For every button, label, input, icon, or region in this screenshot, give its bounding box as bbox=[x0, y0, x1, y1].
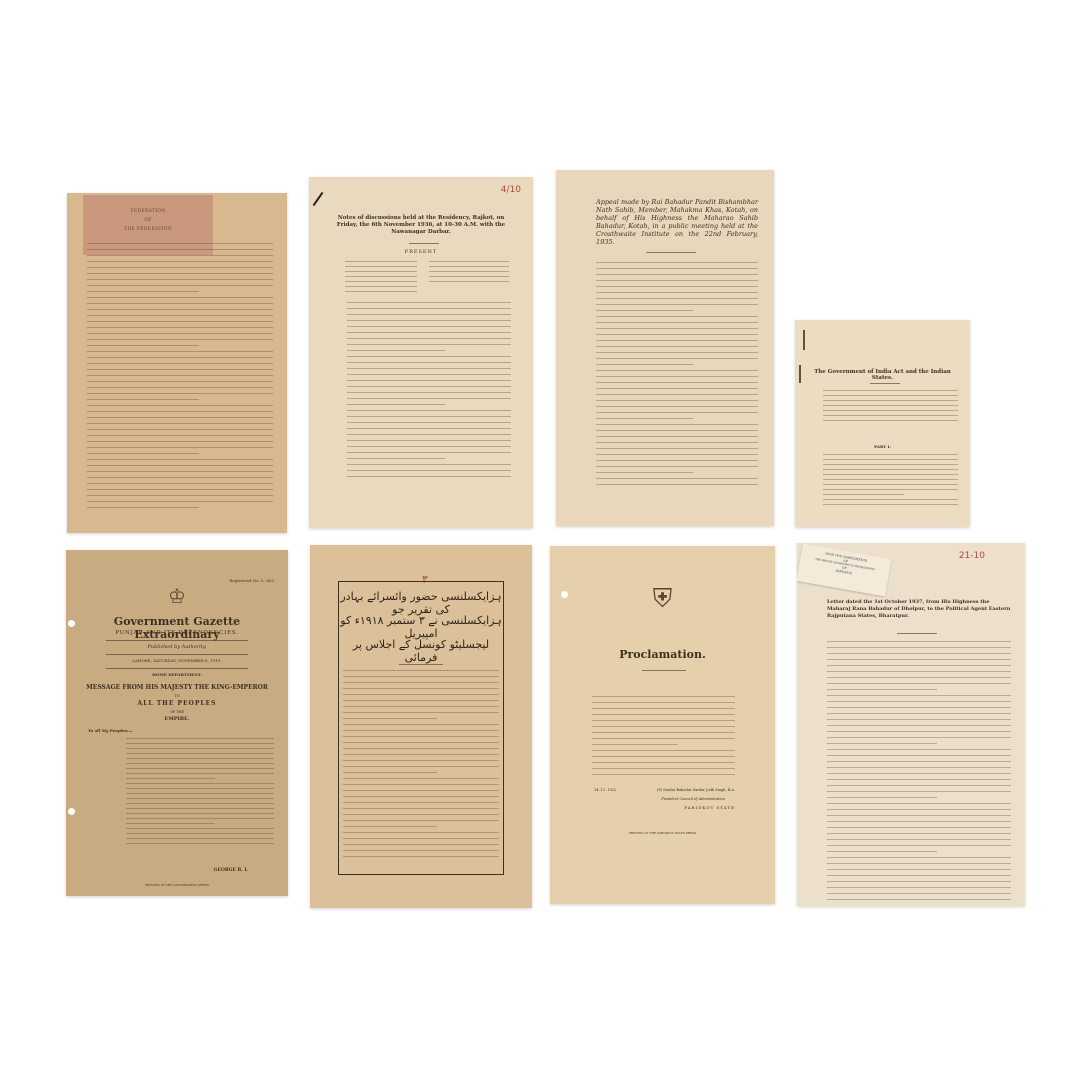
text-line bbox=[87, 345, 199, 346]
text-line bbox=[823, 474, 958, 475]
text-line bbox=[87, 285, 273, 286]
text-line bbox=[827, 773, 1011, 774]
text-line bbox=[347, 446, 511, 447]
text-line bbox=[827, 725, 1011, 726]
text-line bbox=[87, 405, 273, 406]
text-line bbox=[347, 356, 511, 357]
text-line bbox=[343, 748, 499, 749]
text-line bbox=[345, 261, 417, 262]
text-line bbox=[596, 448, 758, 449]
text-line bbox=[429, 261, 509, 262]
text-line bbox=[343, 760, 499, 761]
text-line bbox=[126, 818, 274, 819]
signatory-title: President Council of Administration bbox=[661, 797, 725, 801]
text-line bbox=[592, 756, 735, 757]
text-line bbox=[126, 833, 274, 834]
text-line bbox=[343, 856, 499, 857]
text-line bbox=[596, 286, 758, 287]
text-line bbox=[596, 280, 758, 281]
text-line bbox=[343, 754, 499, 755]
text-line bbox=[429, 271, 509, 272]
document-urdu-speech: ٣ ہزایکسلنسی حضور وائسرائے بہادر کی تقری… bbox=[310, 545, 532, 908]
text-line bbox=[827, 653, 1011, 654]
text-line bbox=[592, 714, 735, 715]
text-line bbox=[87, 483, 273, 484]
department: HOME DEPARTMENT. bbox=[66, 672, 288, 677]
text-line bbox=[827, 869, 1011, 870]
text-line bbox=[347, 332, 511, 333]
text-line bbox=[827, 677, 1011, 678]
text-line bbox=[87, 273, 273, 274]
text-line bbox=[87, 489, 273, 490]
text-line bbox=[596, 406, 758, 407]
text-line bbox=[596, 262, 758, 263]
text-line bbox=[87, 339, 273, 340]
document-punjab-gazette: Registered No. L. 853 ♔ Government Gazet… bbox=[66, 550, 288, 896]
text-line bbox=[596, 460, 758, 461]
flap-line: OF bbox=[83, 218, 213, 223]
text-line bbox=[596, 394, 758, 395]
body-text-lines bbox=[823, 390, 958, 425]
text-line bbox=[429, 266, 509, 267]
text-line bbox=[87, 441, 273, 442]
text-line bbox=[827, 887, 1011, 888]
text-line bbox=[592, 750, 735, 751]
text-line bbox=[347, 422, 511, 423]
text-line bbox=[347, 362, 511, 363]
text-line bbox=[429, 281, 509, 282]
text-line bbox=[87, 375, 273, 376]
document-federation-pamphlet: FEDERATION OF THE FEDERATION bbox=[67, 193, 287, 533]
royal-coat-of-arms-icon: ♔ bbox=[66, 584, 288, 608]
body-text-lines bbox=[596, 262, 758, 490]
text-line bbox=[596, 304, 758, 305]
text-line bbox=[126, 783, 274, 784]
text-line bbox=[126, 743, 274, 744]
text-line bbox=[87, 381, 273, 382]
text-line bbox=[87, 495, 273, 496]
flap-line: THE FEDERATION bbox=[83, 227, 213, 232]
text-line bbox=[87, 423, 273, 424]
text-line bbox=[126, 788, 274, 789]
text-line bbox=[343, 718, 437, 719]
present-heading: PRESENT bbox=[309, 249, 533, 255]
text-line bbox=[592, 732, 735, 733]
text-line bbox=[827, 737, 1011, 738]
text-line bbox=[596, 478, 758, 479]
text-line bbox=[126, 793, 274, 794]
text-line bbox=[343, 736, 499, 737]
text-line bbox=[87, 417, 273, 418]
text-line bbox=[823, 405, 958, 406]
headline-to: TO bbox=[66, 694, 288, 698]
text-line bbox=[343, 700, 499, 701]
pencil-mark: 21-10 bbox=[959, 551, 985, 561]
text-line bbox=[343, 676, 499, 677]
text-line bbox=[827, 893, 1011, 894]
text-line bbox=[126, 808, 274, 809]
text-line bbox=[592, 696, 735, 697]
text-line bbox=[823, 494, 904, 495]
text-line bbox=[827, 713, 1011, 714]
text-line bbox=[343, 682, 499, 683]
text-line bbox=[596, 442, 758, 443]
salutation: To all My Peoples:— bbox=[88, 728, 132, 733]
text-line bbox=[87, 411, 273, 412]
text-line bbox=[126, 803, 274, 804]
text-line bbox=[823, 504, 958, 505]
text-line bbox=[347, 320, 511, 321]
body-text-lines bbox=[87, 243, 273, 513]
staple-mark bbox=[803, 330, 805, 350]
published-by-authority: Published by Authority. bbox=[66, 644, 288, 650]
text-line bbox=[345, 276, 417, 277]
text-line bbox=[87, 507, 199, 508]
text-line bbox=[827, 761, 1011, 762]
text-line bbox=[823, 395, 958, 396]
text-line bbox=[345, 281, 417, 282]
text-line bbox=[827, 665, 1011, 666]
urdu-title-line: لیجسلیٹو کونسل کے اجلاس پر فرمائی bbox=[339, 638, 503, 664]
printer-imprint: PRINTED AT THE FARIDKOT STATE PRESS bbox=[550, 831, 775, 835]
text-line bbox=[87, 453, 199, 454]
divider bbox=[642, 670, 686, 671]
signature: GEORGE R. I. bbox=[214, 868, 248, 873]
document-faridkot-proclamation: ⛨ Proclamation. 14. 12. 1922. (S) Sardar… bbox=[550, 546, 775, 904]
text-line bbox=[343, 820, 499, 821]
text-line bbox=[347, 392, 511, 393]
body-text-lines bbox=[827, 641, 1011, 905]
text-line bbox=[823, 459, 958, 460]
text-line bbox=[126, 843, 274, 844]
text-line bbox=[347, 302, 511, 303]
document-title: Appeal made by Rai Bahadur Pandit Bisham… bbox=[596, 198, 758, 246]
punch-hole bbox=[68, 620, 75, 627]
text-line bbox=[596, 472, 693, 473]
text-line bbox=[87, 327, 273, 328]
text-line bbox=[343, 742, 499, 743]
text-line bbox=[823, 390, 958, 391]
headline-of-the: OF THE bbox=[66, 710, 288, 714]
text-line bbox=[87, 267, 273, 268]
text-line bbox=[596, 340, 758, 341]
text-line bbox=[596, 298, 758, 299]
text-line bbox=[126, 798, 274, 799]
text-line bbox=[823, 469, 958, 470]
text-line bbox=[343, 784, 499, 785]
document-title: Proclamation. bbox=[550, 648, 775, 661]
text-line bbox=[596, 436, 758, 437]
punch-hole bbox=[68, 808, 75, 815]
text-line bbox=[827, 641, 1011, 642]
text-line bbox=[827, 719, 1011, 720]
text-line bbox=[347, 368, 511, 369]
text-line bbox=[347, 434, 511, 435]
divider bbox=[106, 668, 248, 669]
document-title: The Government of India Act and the Indi… bbox=[805, 369, 960, 381]
document-nawanagar-notes: 4/10 Notes of discussions held at the Re… bbox=[309, 177, 533, 528]
headline-peoples: ALL THE PEOPLES bbox=[66, 700, 288, 707]
text-line bbox=[343, 796, 499, 797]
text-line bbox=[343, 814, 499, 815]
text-line bbox=[87, 255, 273, 256]
text-line bbox=[87, 357, 273, 358]
text-line bbox=[87, 297, 273, 298]
divider bbox=[106, 654, 248, 655]
dateline: LAHORE, SATURDAY, NOVEMBER 8, 1919. bbox=[66, 658, 288, 663]
text-line bbox=[827, 845, 1011, 846]
divider bbox=[897, 633, 937, 634]
divider bbox=[106, 640, 248, 641]
text-line bbox=[126, 753, 274, 754]
state-name: FARIDKOT STATE bbox=[684, 805, 735, 810]
headline: MESSAGE FROM HIS MAJESTY THE KING-EMPERO… bbox=[66, 684, 288, 691]
text-line bbox=[87, 261, 273, 262]
text-line bbox=[596, 418, 693, 419]
text-line bbox=[823, 420, 958, 421]
text-line bbox=[827, 689, 937, 690]
text-line bbox=[596, 466, 758, 467]
text-line bbox=[87, 303, 273, 304]
text-line bbox=[596, 484, 758, 485]
text-line bbox=[343, 712, 499, 713]
text-line bbox=[827, 803, 1011, 804]
text-line bbox=[347, 338, 511, 339]
text-line bbox=[592, 738, 735, 739]
body-text-lines bbox=[592, 696, 735, 780]
text-line bbox=[343, 850, 499, 851]
text-line bbox=[343, 694, 499, 695]
text-line bbox=[827, 833, 1011, 834]
punch-hole bbox=[561, 591, 568, 598]
text-line bbox=[596, 328, 758, 329]
text-line bbox=[827, 881, 1011, 882]
divider bbox=[399, 664, 443, 665]
text-line bbox=[347, 458, 445, 459]
text-line bbox=[343, 844, 499, 845]
body-text-lines bbox=[126, 738, 274, 848]
text-line bbox=[827, 863, 1011, 864]
text-line bbox=[87, 321, 273, 322]
text-line bbox=[827, 647, 1011, 648]
document-title: Notes of discussions held at the Residen… bbox=[331, 215, 511, 236]
text-line bbox=[823, 454, 958, 455]
text-line bbox=[343, 826, 437, 827]
text-line bbox=[596, 346, 758, 347]
text-line bbox=[87, 351, 273, 352]
text-line bbox=[87, 291, 199, 292]
text-line bbox=[592, 708, 735, 709]
text-line bbox=[592, 726, 735, 727]
text-line bbox=[827, 821, 1011, 822]
text-line bbox=[596, 274, 758, 275]
text-line bbox=[592, 744, 678, 745]
text-line bbox=[126, 748, 274, 749]
text-line bbox=[827, 791, 1011, 792]
text-line bbox=[596, 322, 758, 323]
divider bbox=[646, 252, 696, 253]
flap-line: FEDERATION bbox=[83, 209, 213, 214]
gazette-masthead: Government Gazette Extraordinary bbox=[72, 615, 282, 641]
text-line bbox=[596, 454, 758, 455]
gazette-subtitle: PUNJAB AND ITS DEPENDENCIES. bbox=[66, 630, 288, 636]
text-line bbox=[827, 857, 1011, 858]
text-line bbox=[596, 358, 758, 359]
text-line bbox=[596, 412, 758, 413]
text-line bbox=[347, 452, 511, 453]
text-line bbox=[347, 404, 445, 405]
text-line bbox=[126, 838, 274, 839]
text-line bbox=[827, 827, 1011, 828]
present-left-lines bbox=[345, 261, 417, 296]
text-line bbox=[596, 430, 758, 431]
text-line bbox=[827, 785, 1011, 786]
text-line bbox=[87, 315, 273, 316]
border-frame: ہزایکسلنسی حضور وائسرائے بہادر کی تقریر … bbox=[338, 581, 504, 875]
text-line bbox=[596, 268, 758, 269]
text-line bbox=[827, 683, 1011, 684]
text-line bbox=[343, 670, 499, 671]
text-line bbox=[592, 774, 735, 775]
text-line bbox=[823, 400, 958, 401]
divider bbox=[870, 383, 900, 384]
text-line bbox=[87, 399, 199, 400]
body-text-lines bbox=[347, 302, 511, 482]
text-line bbox=[823, 484, 958, 485]
text-line bbox=[347, 428, 511, 429]
text-line bbox=[87, 465, 273, 466]
body-text-lines bbox=[343, 670, 499, 862]
text-line bbox=[347, 344, 511, 345]
text-line bbox=[823, 410, 958, 411]
text-line bbox=[592, 720, 735, 721]
text-line bbox=[827, 671, 1011, 672]
text-line bbox=[343, 838, 499, 839]
text-line bbox=[596, 334, 758, 335]
text-line bbox=[823, 464, 958, 465]
text-line bbox=[827, 851, 937, 852]
text-line bbox=[592, 702, 735, 703]
text-line bbox=[343, 724, 499, 725]
text-line bbox=[343, 688, 499, 689]
text-line bbox=[596, 352, 758, 353]
text-line bbox=[827, 815, 1011, 816]
text-line bbox=[347, 350, 445, 351]
text-line bbox=[126, 738, 274, 739]
text-line bbox=[596, 292, 758, 293]
urdu-title-line: ہزایکسلنسی نے ۳ ستمبر ۱۹۱۸ء کو امپیریل bbox=[339, 614, 503, 640]
present-right-lines bbox=[429, 261, 509, 286]
text-line bbox=[827, 809, 1011, 810]
text-line bbox=[343, 706, 499, 707]
text-line bbox=[87, 501, 273, 502]
body-text-lines bbox=[823, 454, 958, 509]
text-line bbox=[827, 767, 1011, 768]
text-line bbox=[343, 802, 499, 803]
text-line bbox=[823, 415, 958, 416]
text-line bbox=[345, 271, 417, 272]
document-dholpur-letter: WITH THE COMPLIMENTS OF THE PRIVATE SECR… bbox=[797, 543, 1025, 906]
text-line bbox=[827, 749, 1011, 750]
text-line bbox=[87, 363, 273, 364]
text-line bbox=[87, 249, 273, 250]
text-line bbox=[343, 730, 499, 731]
text-line bbox=[345, 291, 417, 292]
text-line bbox=[347, 314, 511, 315]
text-line bbox=[347, 308, 511, 309]
text-line bbox=[87, 459, 273, 460]
divider bbox=[409, 243, 439, 244]
text-line bbox=[87, 369, 273, 370]
text-line bbox=[827, 731, 1011, 732]
state-crest-icon: ⛨ bbox=[550, 584, 775, 615]
text-line bbox=[347, 416, 511, 417]
pencil-stroke bbox=[313, 192, 324, 206]
text-line bbox=[345, 286, 417, 287]
text-line bbox=[592, 768, 735, 769]
text-line bbox=[87, 243, 273, 244]
text-line bbox=[347, 386, 511, 387]
text-line bbox=[126, 813, 274, 814]
text-line bbox=[592, 762, 735, 763]
text-line bbox=[343, 772, 437, 773]
urdu-title-line: ہزایکسلنسی حضور وائسرائے بہادر کی تقریر … bbox=[339, 590, 503, 616]
proclamation-date: 14. 12. 1922. bbox=[594, 788, 617, 792]
text-line bbox=[596, 364, 693, 365]
text-line bbox=[343, 808, 499, 809]
text-line bbox=[126, 823, 215, 824]
text-line bbox=[87, 309, 273, 310]
text-line bbox=[343, 778, 499, 779]
text-line bbox=[87, 333, 273, 334]
text-line bbox=[126, 763, 274, 764]
text-line bbox=[596, 388, 758, 389]
text-line bbox=[827, 659, 1011, 660]
text-line bbox=[347, 326, 511, 327]
text-line bbox=[87, 387, 273, 388]
text-line bbox=[343, 790, 499, 791]
text-line bbox=[126, 778, 215, 779]
signatory: (S) Sardar Bahadur Sardar Jodh Singh, B.… bbox=[642, 788, 735, 792]
text-line bbox=[347, 410, 511, 411]
text-line bbox=[347, 398, 511, 399]
text-line bbox=[827, 899, 1011, 900]
pencil-mark: 4/10 bbox=[501, 185, 521, 195]
text-line bbox=[596, 424, 758, 425]
printer-imprint: PRINTED AT THE GOVERNMENT PRESS bbox=[66, 883, 288, 887]
text-line bbox=[596, 382, 758, 383]
text-line bbox=[596, 310, 693, 311]
text-line bbox=[596, 376, 758, 377]
text-line bbox=[827, 695, 1011, 696]
text-line bbox=[823, 479, 958, 480]
text-line bbox=[827, 701, 1011, 702]
text-line bbox=[87, 477, 273, 478]
text-line bbox=[347, 440, 511, 441]
document-india-act-states: The Government of India Act and the Indi… bbox=[795, 320, 970, 527]
text-line bbox=[827, 839, 1011, 840]
text-line bbox=[345, 266, 417, 267]
text-line bbox=[87, 447, 273, 448]
text-line bbox=[126, 828, 274, 829]
text-line bbox=[87, 435, 273, 436]
text-line bbox=[823, 499, 958, 500]
text-line bbox=[87, 429, 273, 430]
text-line bbox=[347, 380, 511, 381]
registered-number: Registered No. L. 853 bbox=[229, 578, 274, 583]
text-line bbox=[347, 464, 511, 465]
headline-empire: EMPIRE. bbox=[66, 716, 288, 722]
